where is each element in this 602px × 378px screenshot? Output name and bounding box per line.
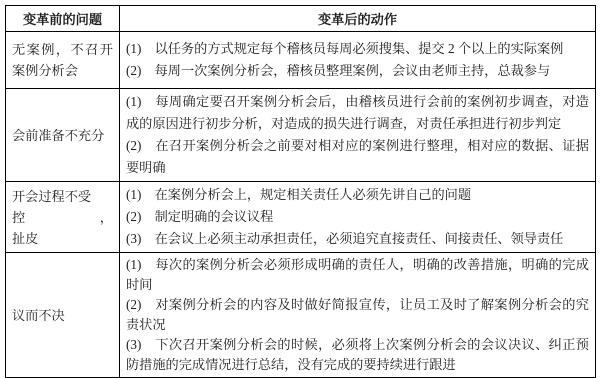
problem-cell: 会前准备不充分	[6, 89, 120, 182]
action-item: (1) 在案例分析会上，规定相关责任人必须先讲自己的问题	[126, 184, 589, 206]
action-item: (2) 在召开案例分析会之前要对相对应的案例进行整理，相对应的数据、证据要明确	[126, 135, 589, 179]
header-actions-after: 变革后的动作	[120, 6, 596, 32]
actions-cell: (1) 在案例分析会上，规定相关责任人必须先讲自己的问题 (2) 制定明确的会议…	[120, 182, 596, 253]
action-item: (1) 以任务的方式规定每个稽核员每周必须搜集、提交 2 个以上的实际案例	[126, 38, 589, 60]
reform-comparison-table: 变革前的问题 变革后的动作 无案例，不召开 案例分析会 (1) 以任务的方式规定…	[5, 5, 596, 378]
action-item: (2) 对案例分析会的内容及时做好简报宣传，让员工及时了解案例分析会的究责状况	[126, 295, 589, 335]
action-item: (2) 制定明确的会议议程	[126, 206, 589, 228]
actions-cell: (1) 以任务的方式规定每个稽核员每周必须搜集、提交 2 个以上的实际案例 (2…	[120, 32, 596, 89]
table-row-no-cases: 无案例，不召开 案例分析会 (1) 以任务的方式规定每个稽核员每周必须搜集、提交…	[6, 32, 596, 89]
problem-cell: 议而不决	[6, 253, 120, 378]
problem-line: 会前准备不充分	[12, 125, 113, 146]
header-problems-before: 变革前的问题	[6, 6, 120, 32]
table-row-no-decisions: 议而不决 (1) 每次的案例分析会必须形成明确的责任人，明确的改善措施，明确的完…	[6, 253, 596, 378]
problem-line: 案例分析会	[12, 60, 113, 81]
document-canvas: 变革前的问题 变革后的动作 无案例，不召开 案例分析会 (1) 以任务的方式规定…	[5, 5, 596, 378]
actions-cell: (1) 每次的案例分析会必须形成明确的责任人，明确的改善措施，明确的完成时间 (…	[120, 253, 596, 378]
action-item: (1) 每周确定要召开案例分析会后，由稽核员进行会前的案例初步调查，对造成的原因…	[126, 91, 589, 135]
problem-cell: 开会过程不受控， 扯皮	[6, 182, 120, 253]
problem-line: 开会过程不受控，	[12, 186, 113, 228]
actions-cell: (1) 每周确定要召开案例分析会后，由稽核员进行会前的案例初步调查，对造成的原因…	[120, 89, 596, 182]
table-row-insufficient-prep: 会前准备不充分 (1) 每周确定要召开案例分析会后，由稽核员进行会前的案例初步调…	[6, 89, 596, 182]
problem-line: 无案例，不召开	[12, 39, 113, 60]
table-header-row: 变革前的问题 变革后的动作	[6, 6, 596, 32]
problem-cell: 无案例，不召开 案例分析会	[6, 32, 120, 89]
action-item: (2) 每周一次案例分析会，稽核员整理案例，会议由老师主持，总裁参与	[126, 60, 589, 82]
action-item: (1) 每次的案例分析会必须形成明确的责任人，明确的改善措施，明确的完成时间	[126, 255, 589, 295]
action-item: (3) 在会议上必须主动承担责任，必须追究直接责任、间接责任、领导责任	[126, 228, 589, 250]
table-row-uncontrolled-meeting: 开会过程不受控， 扯皮 (1) 在案例分析会上，规定相关责任人必须先讲自己的问题…	[6, 182, 596, 253]
problem-line: 议而不决	[12, 305, 113, 326]
action-item: (3) 下次召开案例分析会的时候，必须将上次案例分析会的会议决议、纠正预防措施的…	[126, 335, 589, 375]
page: { "colors": { "background": "#ffffff", "…	[0, 0, 602, 378]
problem-line: 扯皮	[12, 228, 113, 249]
